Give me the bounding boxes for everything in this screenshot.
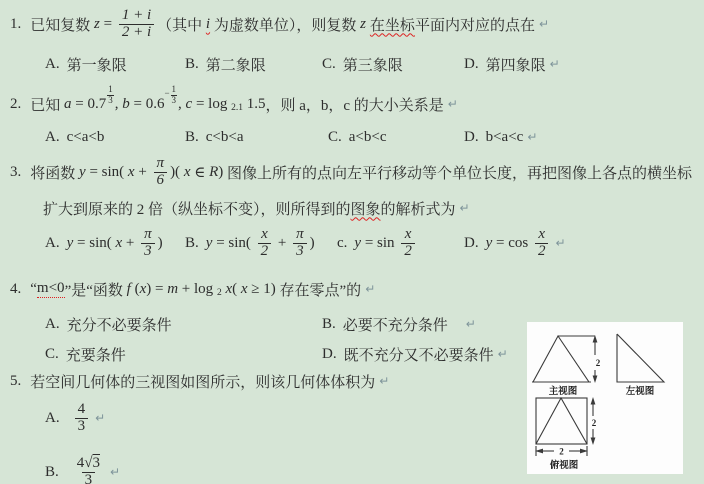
- q1-fraction-numerator: 1 + i: [119, 8, 154, 24]
- q4-var-x: x: [140, 281, 147, 298]
- q1-stem: 1. 已知复数 z = 1 + i 2 + i （其中 i 为虚数单位），则复数…: [10, 6, 549, 42]
- front-view-label: 主视图: [549, 385, 578, 397]
- fraction-numerator: π: [141, 227, 155, 243]
- q2-option-b-label: c<b<a: [206, 129, 244, 146]
- q2-exp-b-num: 1: [171, 85, 178, 95]
- q3-fraction-numerator: π: [154, 156, 168, 172]
- q3-opt-a-math: +: [122, 235, 138, 252]
- q3-opt-a-math: ): [158, 235, 163, 252]
- q1-option-a-letter: A.: [45, 56, 60, 73]
- q4-math: ≥ 1): [248, 281, 276, 298]
- q1-text: （其中: [157, 14, 206, 35]
- fraction-numerator: x: [535, 227, 548, 243]
- q4-option-d: D. 既不充分又不必要条件 ↵: [322, 344, 508, 364]
- q4-option-c-letter: C.: [45, 346, 59, 363]
- q2-text: 已知: [30, 94, 64, 115]
- q4-var-x2: x: [225, 281, 232, 298]
- q1-fraction: 1 + i 2 + i: [119, 8, 154, 41]
- q5-option-a: A. 4 3 ↵: [45, 398, 105, 438]
- paragraph-mark-icon: ↵: [550, 57, 560, 71]
- q4-math: (: [232, 281, 241, 298]
- q1-option-b: B. 第二象限: [185, 54, 266, 74]
- q5-option-a-fraction: 4 3: [75, 402, 89, 435]
- paragraph-mark-icon: ↵: [365, 282, 375, 296]
- paragraph-mark-icon: ↵: [466, 317, 476, 331]
- fraction-numerator: 4: [75, 402, 89, 418]
- q4-option-a-letter: A.: [45, 316, 60, 333]
- q1-option-b-label: 第二象限: [206, 54, 266, 75]
- q5-number: 5.: [10, 373, 21, 390]
- q4-option-c-label: 充要条件: [66, 344, 126, 365]
- paragraph-mark-icon: ↵: [527, 130, 537, 144]
- q1-option-d-letter: D.: [464, 56, 479, 73]
- q1-text: 平面内对应的点在: [415, 14, 535, 35]
- q2-log-base: 2.1: [231, 103, 243, 113]
- q2-math: = 0.6: [130, 96, 165, 113]
- paragraph-mark-icon: ↵: [110, 465, 120, 479]
- paragraph-mark-icon: ↵: [448, 97, 458, 111]
- paragraph-mark-icon: ↵: [539, 17, 549, 31]
- q5-option-b-letter: B.: [45, 464, 59, 481]
- q4-var-x3: x: [241, 281, 248, 298]
- q3-math: ∈: [190, 163, 209, 182]
- q5-option-a-letter: A.: [45, 410, 60, 427]
- q3-text: 将函数: [30, 162, 79, 183]
- q3-opt-b-math: ): [310, 235, 315, 252]
- paragraph-mark-icon: ↵: [379, 374, 389, 388]
- q3-opt-b-math: = sin(: [212, 235, 254, 252]
- q3-option-c-letter: c.: [337, 235, 347, 252]
- q3-var-R: R: [209, 164, 218, 181]
- q2-exponent-a: 1 3: [107, 85, 114, 106]
- q1-option-c-label: 第三象限: [343, 54, 403, 75]
- left-view-label: 左视图: [626, 385, 655, 397]
- q3-opt-a-fraction: π 3: [141, 227, 155, 260]
- q2-comma: ,: [178, 96, 186, 113]
- q2-exp-b-den: 3: [171, 95, 178, 106]
- q2-math: = log: [192, 96, 231, 113]
- fraction-denominator: 3: [293, 243, 307, 260]
- q2-math: = 0.7: [72, 96, 107, 113]
- q4-option-d-letter: D.: [322, 346, 337, 363]
- q4-option-b: B. 必要不充分条件 ↵: [322, 314, 476, 334]
- q3-opt-c-fraction: x 2: [401, 227, 415, 260]
- q3-text: 的解析式为: [381, 198, 456, 219]
- q2-option-a-letter: A.: [45, 129, 60, 146]
- q4-option-a-label: 充分不必要条件: [67, 314, 172, 335]
- fraction-denominator: 2: [258, 243, 272, 260]
- q5-text: 若空间几何体的三视图如图所示，则该几何体体积为: [30, 371, 375, 392]
- q1-option-c-letter: C.: [322, 56, 336, 73]
- q4-option-a: A. 充分不必要条件: [45, 314, 172, 334]
- q3-text-spellcheck: 图象: [351, 198, 381, 219]
- q2-option-d: D. b<a<c ↵: [464, 127, 537, 147]
- q2-stem: 2. 已知 a = 0.7 1 3 , b = 0.6 − 1 3 , c = …: [10, 87, 458, 121]
- q4-text: ”是“函数: [65, 279, 127, 300]
- q2-log-arg: 1.5: [243, 96, 266, 113]
- q3-opt-a-math: = sin(: [73, 235, 115, 252]
- q2-option-b-letter: B.: [185, 129, 199, 146]
- q3-option-a-letter: A.: [45, 235, 60, 252]
- q1-option-d-label: 第四象限: [486, 54, 546, 75]
- q3-math: +: [135, 164, 151, 181]
- top-view-label: 俯视图: [550, 459, 579, 471]
- fraction-denominator: 2: [535, 243, 549, 260]
- q2-option-c-letter: C.: [328, 129, 342, 146]
- q3-opt-b-fraction-x2: x 2: [258, 227, 272, 260]
- paragraph-mark-icon: ↵: [498, 347, 508, 361]
- q4-text: 存在零点”的: [276, 279, 361, 300]
- q1-option-b-letter: B.: [185, 56, 199, 73]
- q2-exp-a-num: 1: [107, 85, 114, 95]
- q3-var-x: x: [128, 164, 135, 181]
- fraction-denominator: 3: [141, 243, 155, 260]
- q3-text: 图像上所有的点向左平行移动等个单位长度，再把图像上各点的横坐标: [223, 162, 692, 183]
- q3-opt-c-var-y: y: [354, 235, 361, 252]
- three-view-drawing: 2 2 2 主视图 左视图 俯视图: [527, 322, 683, 474]
- q1-option-a-label: 第一象限: [67, 54, 127, 75]
- q1-number: 1.: [10, 16, 21, 33]
- radical-sign: √: [84, 455, 92, 471]
- q3-opt-d-var-y: y: [486, 235, 493, 252]
- q2-var-a: a: [64, 96, 72, 113]
- q3-option-b-letter: B.: [185, 235, 199, 252]
- q4-var-m: m: [167, 281, 178, 298]
- fraction-denominator: 3: [75, 418, 89, 435]
- q1-equals: =: [100, 16, 116, 33]
- q2-option-c-label: a<b<c: [349, 129, 387, 146]
- q5-option-b-fraction: 4√3 3: [74, 456, 103, 484]
- q2-number: 2.: [10, 96, 21, 113]
- q2-exponent-minus: −: [164, 88, 169, 98]
- q2-var-c: c: [186, 96, 193, 113]
- q3-opt-b-math: +: [274, 235, 290, 252]
- q3-opt-d-fraction: x 2: [535, 227, 549, 260]
- q4-option-d-label: 既不充分又不必要条件: [344, 344, 494, 365]
- q3-number: 3.: [10, 164, 21, 181]
- q3-opt-a-var-x: x: [115, 235, 122, 252]
- q3-var-y: y: [79, 164, 86, 181]
- q1-text: 为虚数单位），则复数: [210, 14, 360, 35]
- q3-fraction-denominator: 6: [154, 172, 168, 189]
- q3-math: )(: [170, 164, 184, 181]
- q2-option-b: B. c<b<a: [185, 127, 244, 147]
- q2-var-b: b: [122, 96, 130, 113]
- paragraph-mark-icon: ↵: [460, 201, 470, 215]
- q1-text-spellcheck: 在坐标: [370, 14, 415, 35]
- q3-option-c: c. y = sin x 2: [337, 222, 418, 264]
- q3-stem-line2: 扩大到原来的 2 倍（纵坐标不变），则所得到的 图象 的解析式为 ↵: [43, 199, 470, 217]
- top-view-width-dim: 2: [559, 447, 564, 457]
- q3-opt-a-var-y: y: [67, 235, 74, 252]
- q4-math: ) =: [146, 281, 167, 298]
- top-view-height-dim: 2: [592, 418, 597, 428]
- fraction-numerator: x: [402, 227, 415, 243]
- q3-opt-c-math: = sin: [361, 235, 398, 252]
- q1-option-c: C. 第三象限: [322, 54, 403, 74]
- q1-fraction-denominator: 2 + i: [119, 24, 154, 41]
- fraction-numerator: 4√3: [74, 456, 103, 472]
- q2-text: ，则 a，b，c 的大小关系是: [265, 94, 443, 115]
- q4-option-b-label: 必要不充分条件: [343, 314, 448, 335]
- q5-stem: 5. 若空间几何体的三视图如图所示，则该几何体体积为 ↵: [10, 371, 389, 391]
- q2-option-c: C. a<b<c: [328, 127, 387, 147]
- q2-option-d-label: b<a<c: [486, 129, 524, 146]
- q2-option-a: A. c<a<b: [45, 127, 104, 147]
- q3-option-a: A. y = sin( x + π 3 ): [45, 222, 163, 264]
- q4-condition-m: m<0: [37, 280, 65, 298]
- q3-opt-b-var-y: y: [206, 235, 213, 252]
- q4-log-base: 2: [217, 288, 222, 298]
- q3-pi-over-6-fraction: π 6: [154, 156, 168, 189]
- q3-stem-line1: 3. 将函数 y = sin( x + π 6 )( x ∈ R ) 图像上所有…: [10, 153, 692, 191]
- paragraph-mark-icon: ↵: [555, 236, 565, 250]
- q4-option-b-letter: B.: [322, 316, 336, 333]
- q1-option-a: A. 第一象限: [45, 54, 127, 74]
- q1-option-d: D. 第四象限 ↵: [464, 54, 560, 74]
- front-view-height-dim: 2: [596, 358, 601, 368]
- q3-text: 扩大到原来的 2 倍（纵坐标不变），则所得到的: [43, 198, 351, 219]
- q3-var-x2: x: [184, 164, 191, 181]
- radicand: 3: [93, 455, 101, 471]
- q5-option-b: B. 4√3 3 ↵: [45, 452, 120, 484]
- fraction-denominator: 2: [401, 243, 415, 260]
- fraction-denominator: 3: [82, 472, 96, 484]
- q3-opt-b-fraction-pi3: π 3: [293, 227, 307, 260]
- q3-option-d-letter: D.: [464, 235, 479, 252]
- worksheet-page: 1. 已知复数 z = 1 + i 2 + i （其中 i 为虚数单位），则复数…: [0, 0, 704, 484]
- q3-option-b: B. y = sin( x 2 + π 3 ): [185, 222, 315, 264]
- q3-opt-d-math: = cos: [492, 235, 532, 252]
- q2-option-a-label: c<a<b: [67, 129, 105, 146]
- q2-exp-a-den: 3: [107, 95, 114, 106]
- three-view-diagram: 2 2 2 主视图 左视图 俯视图: [527, 322, 683, 474]
- q4-number: 4.: [10, 281, 21, 298]
- q1-var-z2: z: [360, 16, 366, 33]
- q4-math: + log: [178, 281, 217, 298]
- fraction-numerator: π: [293, 227, 307, 243]
- q4-stem: 4. “ m<0 ”是“函数 f ( x ) = m + log 2 x ( x…: [10, 277, 375, 301]
- q2-exponent-b: 1 3: [171, 85, 178, 106]
- q2-option-d-letter: D.: [464, 129, 479, 146]
- q4-text: “: [30, 281, 37, 298]
- q3-option-d: D. y = cos x 2 ↵: [464, 222, 566, 264]
- q4-math: (: [131, 281, 140, 298]
- q2-comma: ,: [115, 96, 123, 113]
- q4-option-c: C. 充要条件: [45, 344, 126, 364]
- paragraph-mark-icon: ↵: [95, 411, 105, 425]
- fraction-numerator: x: [258, 227, 271, 243]
- q3-math: = sin(: [86, 164, 128, 181]
- q1-text: 已知复数: [30, 14, 94, 35]
